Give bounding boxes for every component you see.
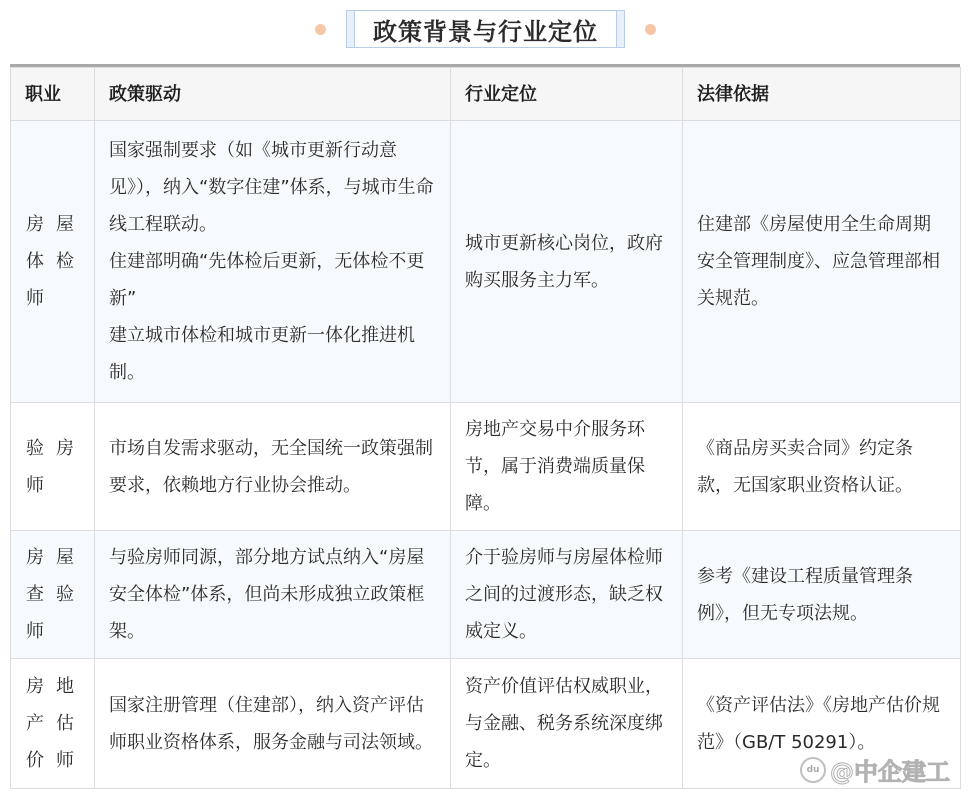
cell-legal: 参考《建设工程质量管理条例》，但无专项法规。 [683, 531, 961, 659]
policy-line: 建立城市体检和城市更新一体化推进机制。 [109, 317, 437, 391]
comparison-table: 职业 政策驱动 行业定位 法律依据 房屋体检师 国家强制要求（如《城市更新行动意… [10, 67, 961, 789]
cell-policy: 与验房师同源，部分地方试点纳入“房屋安全体检”体系，但尚未形成独立政策框架。 [95, 531, 451, 659]
section-title-bar: 政策背景与行业定位 [0, 8, 971, 50]
table-row: 房屋体检师 国家强制要求（如《城市更新行动意见》），纳入“数字住建”体系，与城市… [11, 121, 961, 403]
comparison-table-container: 职业 政策驱动 行业定位 法律依据 房屋体检师 国家强制要求（如《城市更新行动意… [10, 64, 960, 789]
watermark: du @中企建工 [800, 752, 950, 787]
cell-policy: 国家注册管理（住建部），纳入资产评估师职业资格体系，服务金融与司法领域。 [95, 659, 451, 789]
cell-job: 验房师 [11, 403, 95, 531]
cell-position: 介于验房师与房屋体检师之间的过渡形态，缺乏权威定义。 [451, 531, 683, 659]
cell-position: 城市更新核心岗位，政府购买服务主力军。 [451, 121, 683, 403]
cell-job: 房屋查验师 [11, 531, 95, 659]
decorative-dot-left-icon [315, 24, 326, 35]
watermark-text: @中企建工 [830, 752, 950, 787]
table-row: 验房师 市场自发需求驱动，无全国统一政策强制要求，依赖地方行业协会推动。 房地产… [11, 403, 961, 531]
table-header-row: 职业 政策驱动 行业定位 法律依据 [11, 68, 961, 121]
cell-legal: 住建部《房屋使用全生命周期安全管理制度》、应急管理部相关规范。 [683, 121, 961, 403]
cell-position: 资产价值评估权威职业，与金融、税务系统深度绑定。 [451, 659, 683, 789]
policy-line: 国家强制要求（如《城市更新行动意见》），纳入“数字住建”体系，与城市生命线工程联… [109, 132, 437, 243]
section-title: 政策背景与行业定位 [373, 12, 598, 47]
policy-line: 市场自发需求驱动，无全国统一政策强制要求，依赖地方行业协会推动。 [109, 430, 437, 504]
policy-line: 与验房师同源，部分地方试点纳入“房屋安全体检”体系，但尚未形成独立政策框架。 [109, 539, 437, 650]
cell-policy: 国家强制要求（如《城市更新行动意见》），纳入“数字住建”体系，与城市生命线工程联… [95, 121, 451, 403]
baidu-paw-icon: du [800, 757, 826, 783]
header-job: 职业 [11, 68, 95, 121]
header-policy-driver: 政策驱动 [95, 68, 451, 121]
cell-position: 房地产交易中介服务环节，属于消费端质量保障。 [451, 403, 683, 531]
policy-line: 住建部明确“先体检后更新，无体检不更新” [109, 243, 437, 317]
cell-legal: 《商品房买卖合同》约定条款，无国家职业资格认证。 [683, 403, 961, 531]
header-legal-basis: 法律依据 [683, 68, 961, 121]
cell-job: 房地产估价师 [11, 659, 95, 789]
section-title-box: 政策背景与行业定位 [346, 10, 625, 48]
decorative-dot-right-icon [645, 24, 656, 35]
policy-line: 国家注册管理（住建部），纳入资产评估师职业资格体系，服务金融与司法领域。 [109, 687, 437, 761]
table-row: 房屋查验师 与验房师同源，部分地方试点纳入“房屋安全体检”体系，但尚未形成独立政… [11, 531, 961, 659]
header-industry-position: 行业定位 [451, 68, 683, 121]
cell-policy: 市场自发需求驱动，无全国统一政策强制要求，依赖地方行业协会推动。 [95, 403, 451, 531]
cell-job: 房屋体检师 [11, 121, 95, 403]
